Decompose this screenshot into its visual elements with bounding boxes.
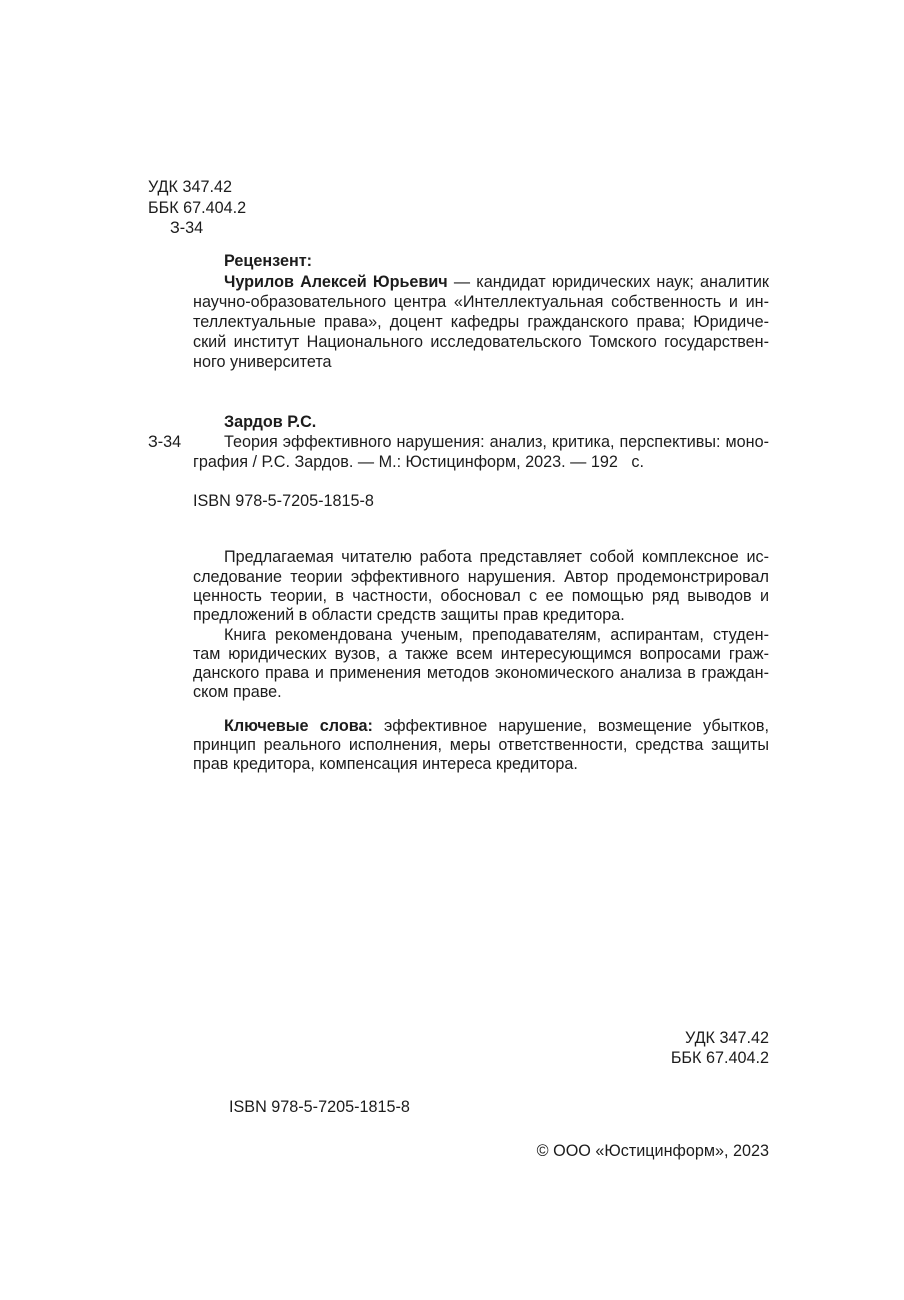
keywords-line-1: Ключевые слова: эффективное нарушение, в…	[224, 717, 769, 736]
bibliography-line-2: графия / Р.С. Зардов. — М.: Юстицинформ,…	[193, 453, 644, 472]
author-mark: З-34	[170, 219, 203, 238]
annotation-p2-line-2: там юридических вузов, а также всем инте…	[193, 645, 769, 664]
keywords-text: эффективное нарушение, возмещение убытко…	[373, 717, 769, 735]
udk-code: УДК 347.42	[148, 178, 232, 197]
reviewer-line-4: ский институт Национального исследовател…	[193, 333, 769, 352]
footer-isbn: ISBN 978-5-7205-1815-8	[229, 1098, 410, 1117]
reviewer-text: — кандидат юридических наук; аналитик	[448, 273, 769, 291]
annotation-p1-line-3: ценность теории, в частности, обосновал …	[193, 587, 769, 606]
annotation-p2-line-1: Книга рекомендована ученым, преподавател…	[224, 626, 769, 645]
reviewer-line-3: теллектуальные права», доцент кафедры гр…	[193, 313, 769, 332]
reviewer-heading: Рецензент:	[224, 252, 312, 271]
bibliography-line-1: Теория эффективного нарушения: анализ, к…	[224, 433, 769, 452]
annotation-p1-line-1: Предлагаемая читателю работа представляе…	[224, 548, 769, 567]
copyright: © ООО «Юстицинформ», 2023	[537, 1142, 769, 1161]
reviewer-line-2: научно-образовательного центра «Интеллек…	[193, 293, 769, 312]
keywords-line-3: прав кредитора, компенсация интереса кре…	[193, 755, 578, 774]
reviewer-line-5: ного университета	[193, 353, 332, 372]
annotation-p1-line-4: предложений в области средств защиты пра…	[193, 606, 625, 625]
bibliography-mark: З-34	[148, 433, 181, 452]
footer-udk: УДК 347.42	[685, 1029, 769, 1048]
footer-bbk: ББК 67.404.2	[671, 1049, 769, 1068]
annotation-p2-line-4: ском праве.	[193, 683, 282, 702]
isbn: ISBN 978-5-7205-1815-8	[193, 492, 374, 511]
book-author: Зардов Р.С.	[224, 413, 316, 432]
annotation-p2-line-3: данского права и применения методов экон…	[193, 664, 769, 683]
reviewer-name: Чурилов Алексей Юрьевич	[224, 273, 448, 291]
keywords-label: Ключевые слова:	[224, 717, 373, 735]
keywords-line-2: принцип реального исполнения, меры ответ…	[193, 736, 769, 755]
bbk-code: ББК 67.404.2	[148, 199, 246, 218]
reviewer-line-1: Чурилов Алексей Юрьевич — кандидат юриди…	[224, 273, 769, 292]
annotation-p1-line-2: следование теории эффективного нарушения…	[193, 568, 769, 587]
